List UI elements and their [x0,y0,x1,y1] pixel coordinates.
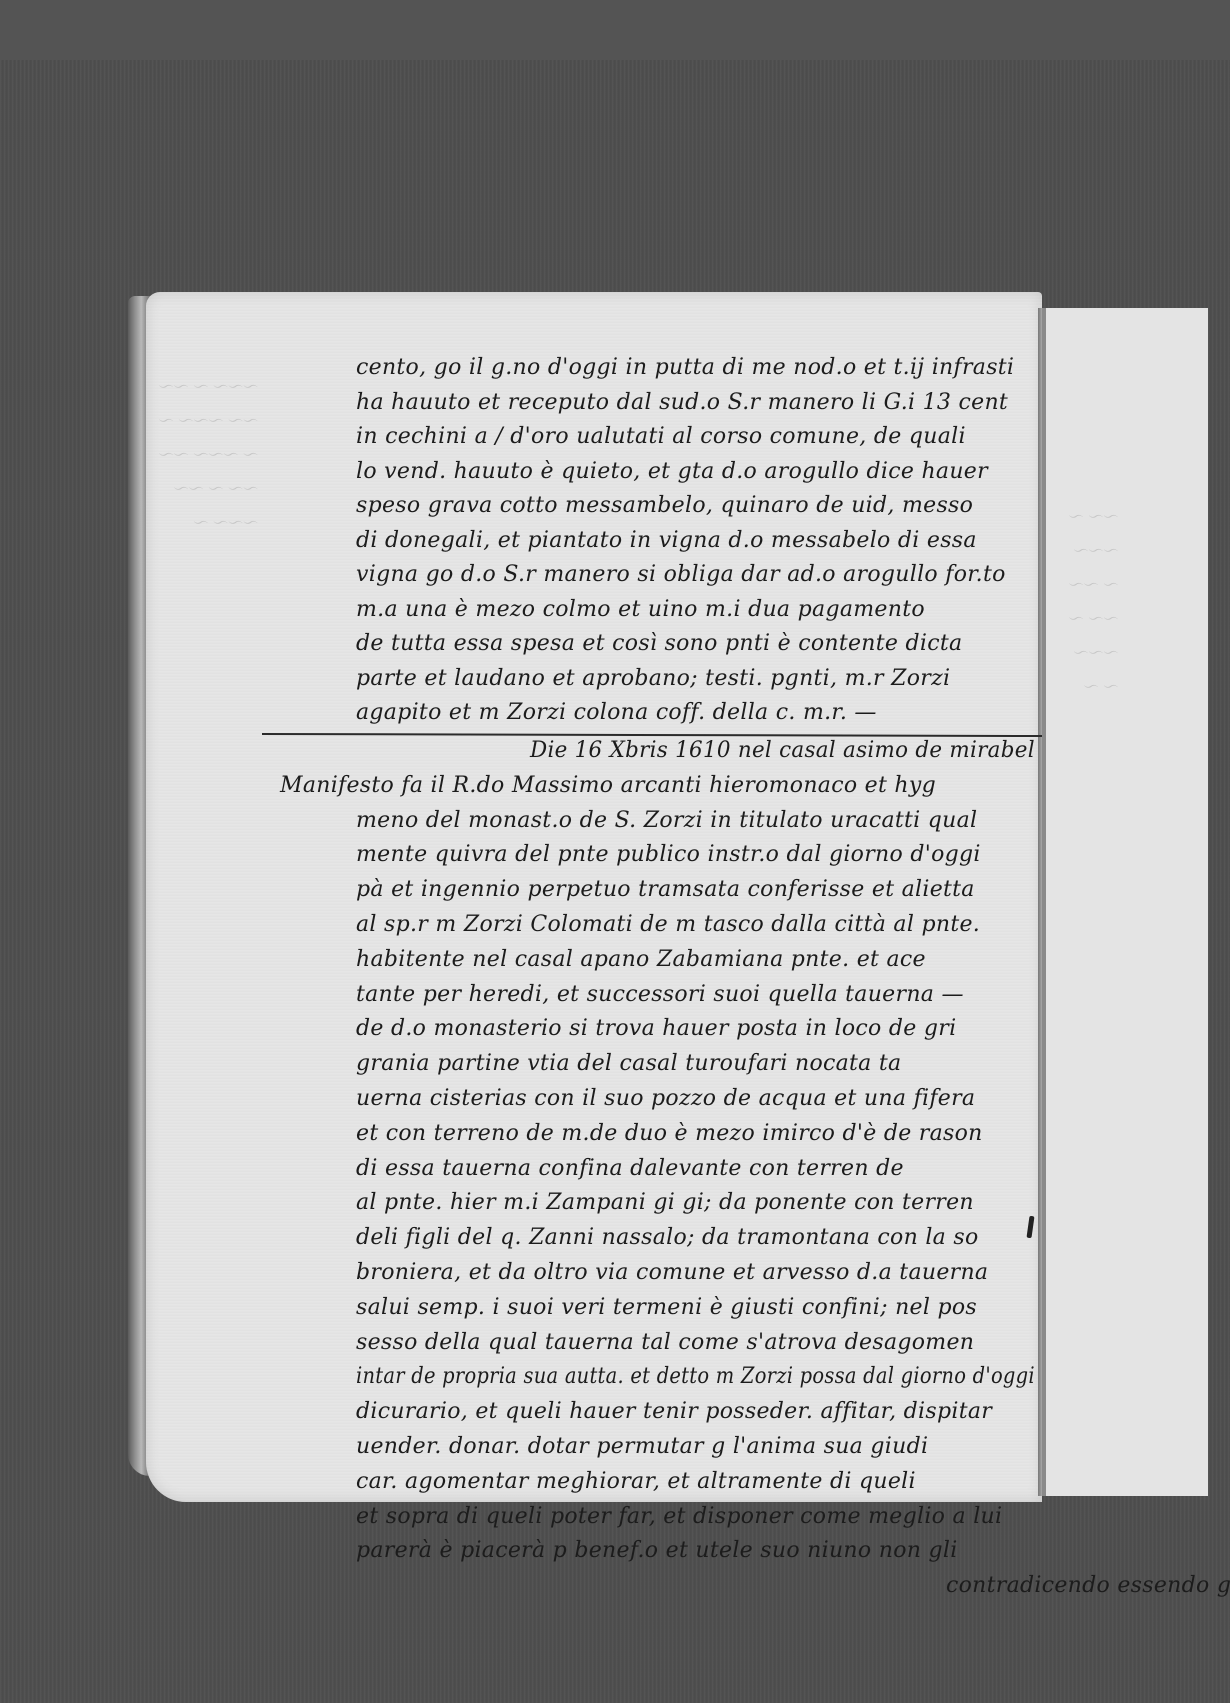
text-line: contradicendo essendo g d.o m Zorzi obli… [946,1573,1230,1598]
bleed-through-text-right: ～～ ～～～～～ ～～～～ ～～～～～ ～ [1070,500,1120,704]
text-line: habitente nel casal apano Zabamiana pnte… [356,947,926,972]
text-line: al pnte. hier m.i Zampani gi gi; da pone… [356,1190,974,1215]
text-line: vigna go d.o S.r manero si obliga dar ad… [356,562,1006,587]
text-line: meno del monast.o de S. Zorzi in titulat… [356,808,977,833]
text-line: et con terreno de m.de duo è mezo imirco… [356,1121,983,1146]
text-line: parte et laudano et aprobano; testi. pgn… [356,666,950,691]
text-line: agapito et m Zorzi colona coff. della c.… [356,700,877,725]
text-line: deli figli del q. Zanni nassalo; da tram… [356,1225,979,1250]
text-line: uerna cisterias con il suo pozzo de acqu… [356,1086,975,1111]
adjacent-folded-page [1042,308,1208,1496]
bleed-through-text-left: ～～～ ～ ～～～～ ～～～ ～～ ～～～ ～～～～ ～ ～～～～～ ～ [160,370,260,540]
text-line: al sp.r m Zorzi Colomati de m tasco dall… [356,912,980,937]
text-line: tante per heredi, et successori suoi que… [356,982,964,1007]
text-line: Manifesto fa il R.do Massimo arcanti hie… [280,773,936,798]
text-line: parerà è piacerà p benef.o et utele suo … [356,1538,958,1563]
act-heading: Die 16 Xbris 1610 nel casal asimo de mir… [530,738,1035,763]
text-line: m.a una è mezo colmo et uino m.i dua pag… [356,597,925,622]
text-line: grania partine vtia del casal turoufari … [356,1051,901,1076]
text-line: ha hauuto et receputo dal sud.o S.r mane… [356,390,1008,415]
text-line: salui semp. i suoi veri termeni è giusti… [356,1295,977,1320]
text-line: di essa tauerna confina dalevante con te… [356,1156,904,1181]
microfilm-border-top [0,0,1230,60]
text-line: cento, go il g.no d'oggi in putta di me … [356,355,1014,380]
text-line: mente quivra del pnte publico instr.o da… [356,842,981,867]
text-line: sesso della qual tauerna tal come s'atro… [356,1330,974,1355]
text-line: de d.o monasterio si trova hauer posta i… [356,1016,956,1041]
text-line: in cechini a / d'oro ualutati al corso c… [356,424,966,449]
text-line: di donegali, et piantato in vigna d.o me… [356,528,977,553]
text-line: de tutta essa spesa et così sono pnti è … [356,631,962,656]
text-line: dicurario, et queli hauer tenir posseder… [356,1399,992,1424]
text-line: et sopra di queli poter far, et disponer… [356,1504,1002,1529]
text-line: intar de propria sua autta. et detto m Z… [356,1364,1035,1389]
text-line: car. agomentar meghiorar, et altramente … [356,1469,916,1494]
text-line: pà et ingennio perpetuo tramsata conferi… [356,877,975,902]
text-line: uender. donar. dotar permutar g l'anima … [356,1434,928,1459]
text-line: speso grava cotto messambelo, quinaro de… [356,493,973,518]
text-line: broniera, et da oltro via comune et arve… [356,1260,988,1285]
text-line: lo vend. hauuto è quieto, et gta d.o aro… [356,459,988,484]
